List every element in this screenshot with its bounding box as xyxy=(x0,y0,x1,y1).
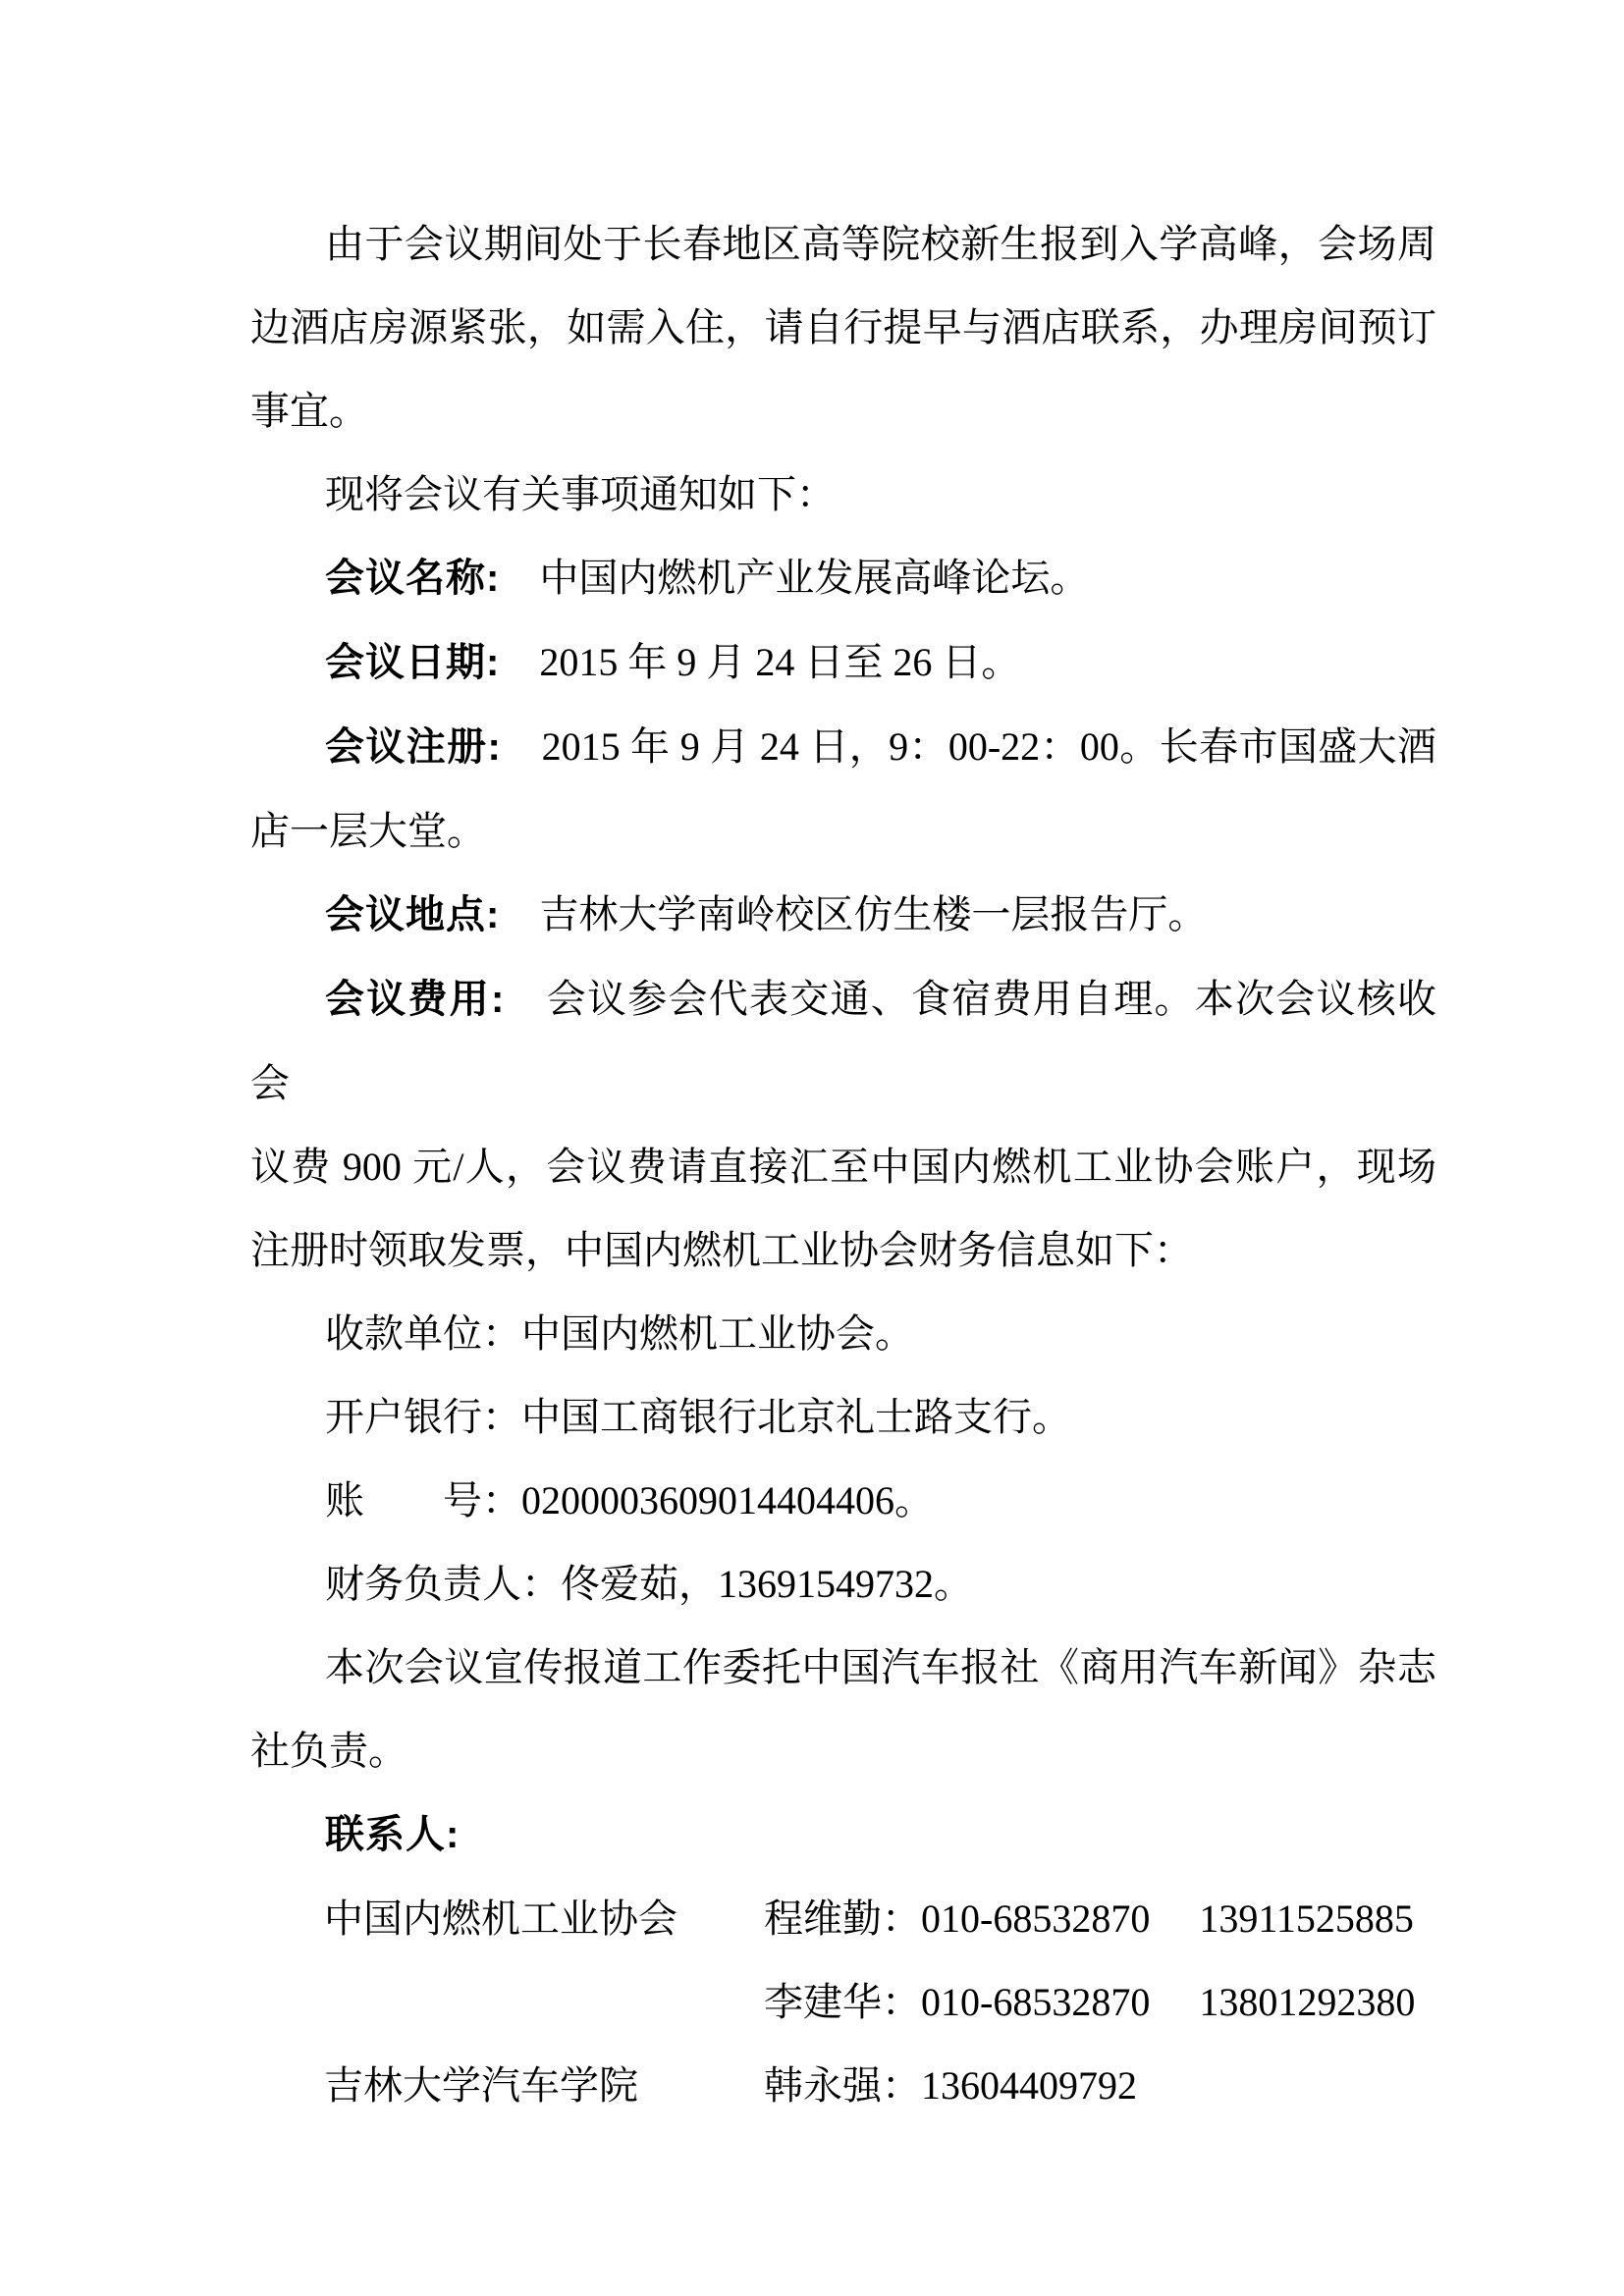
contact-row: 李建华：010-68532870 13801292380 xyxy=(250,1960,1436,2044)
contact-person: 韩永强：13604409792 xyxy=(764,2063,1137,2108)
contact-row: 吉林大学汽车学院韩永强：13604409792 xyxy=(250,2044,1436,2127)
meeting-fee-line: 会议费用: 会议参会代表交通、食宿费用自理。本次会议核收会 xyxy=(250,957,1436,1125)
meeting-name-value: 中国内燃机产业发展高峰论坛。 xyxy=(500,556,1089,600)
payee-line: 收款单位：中国内燃机工业协会。 xyxy=(250,1292,1436,1375)
meeting-date-value: 2015 年 9 月 24 日至 26 日。 xyxy=(500,640,1020,684)
contacts-heading-line: 联系人: xyxy=(250,1792,1436,1877)
contacts-heading-label: 联系人: xyxy=(325,1813,460,1856)
paragraph-line: 由于会议期间处于长春地区高等院校新生报到入学高峰，会场周 xyxy=(250,202,1436,286)
meeting-name-label: 会议名称: xyxy=(325,557,500,600)
finance-contact-line: 财务负责人：佟爱茹，13691549732。 xyxy=(250,1542,1436,1626)
document-page: 由于会议期间处于长春地区高等院校新生报到入学高峰，会场周 边酒店房源紧张，如需入… xyxy=(0,0,1624,2296)
meeting-location-label: 会议地点: xyxy=(325,893,500,936)
media-line: 本次会议宣传报道工作委托中国汽车报社《商用汽车新闻》杂志 xyxy=(250,1626,1436,1709)
meeting-location-value: 吉林大学南岭校区仿生楼一层报告厅。 xyxy=(500,892,1207,936)
contact-person: 程维勤：010-68532870 13911525885 xyxy=(764,1896,1414,1941)
paragraph-line: 事宜。 xyxy=(250,369,1436,453)
meeting-registration-value: 2015 年 9 月 24 日，9：00-22：00。长春市国盛大酒 xyxy=(502,724,1436,769)
contact-person: 李建华：010-68532870 13801292380 xyxy=(764,1980,1415,2024)
contact-org: 吉林大学汽车学院 xyxy=(324,2044,764,2127)
meeting-location-line: 会议地点: 吉林大学南岭校区仿生楼一层报告厅。 xyxy=(250,873,1436,957)
account-number-line: 账 号：0200003609014404406。 xyxy=(250,1459,1436,1542)
contact-row: 中国内燃机工业协会程维勤：010-68532870 13911525885 xyxy=(250,1877,1436,1960)
paragraph-line: 现将会议有关事项通知如下： xyxy=(250,453,1436,536)
meeting-name-line: 会议名称: 中国内燃机产业发展高峰论坛。 xyxy=(250,536,1436,620)
meeting-registration-line: 会议注册: 2015 年 9 月 24 日，9：00-22：00。长春市国盛大酒 xyxy=(250,705,1436,789)
meeting-fee-line-2: 议费 900 元/人，会议费请直接汇至中国内燃机工业协会账户，现场 xyxy=(250,1125,1436,1208)
contact-org: 中国内燃机工业协会 xyxy=(324,1877,764,1960)
meeting-date-label: 会议日期: xyxy=(325,641,500,684)
document-body: 由于会议期间处于长春地区高等院校新生报到入学高峰，会场周 边酒店房源紧张，如需入… xyxy=(250,202,1436,2127)
bank-line: 开户银行：中国工商银行北京礼士路支行。 xyxy=(250,1375,1436,1459)
meeting-registration-label: 会议注册: xyxy=(325,725,502,769)
media-line-2: 社负责。 xyxy=(250,1709,1436,1792)
meeting-fee-label: 会议费用: xyxy=(325,978,505,1021)
meeting-fee-line-3: 注册时领取发票，中国内燃机工业协会财务信息如下： xyxy=(250,1208,1436,1292)
paragraph-line: 边酒店房源紧张，如需入住，请自行提早与酒店联系，办理房间预订 xyxy=(250,286,1436,369)
meeting-registration-line-2: 店一层大堂。 xyxy=(250,789,1436,873)
meeting-date-line: 会议日期: 2015 年 9 月 24 日至 26 日。 xyxy=(250,620,1436,705)
